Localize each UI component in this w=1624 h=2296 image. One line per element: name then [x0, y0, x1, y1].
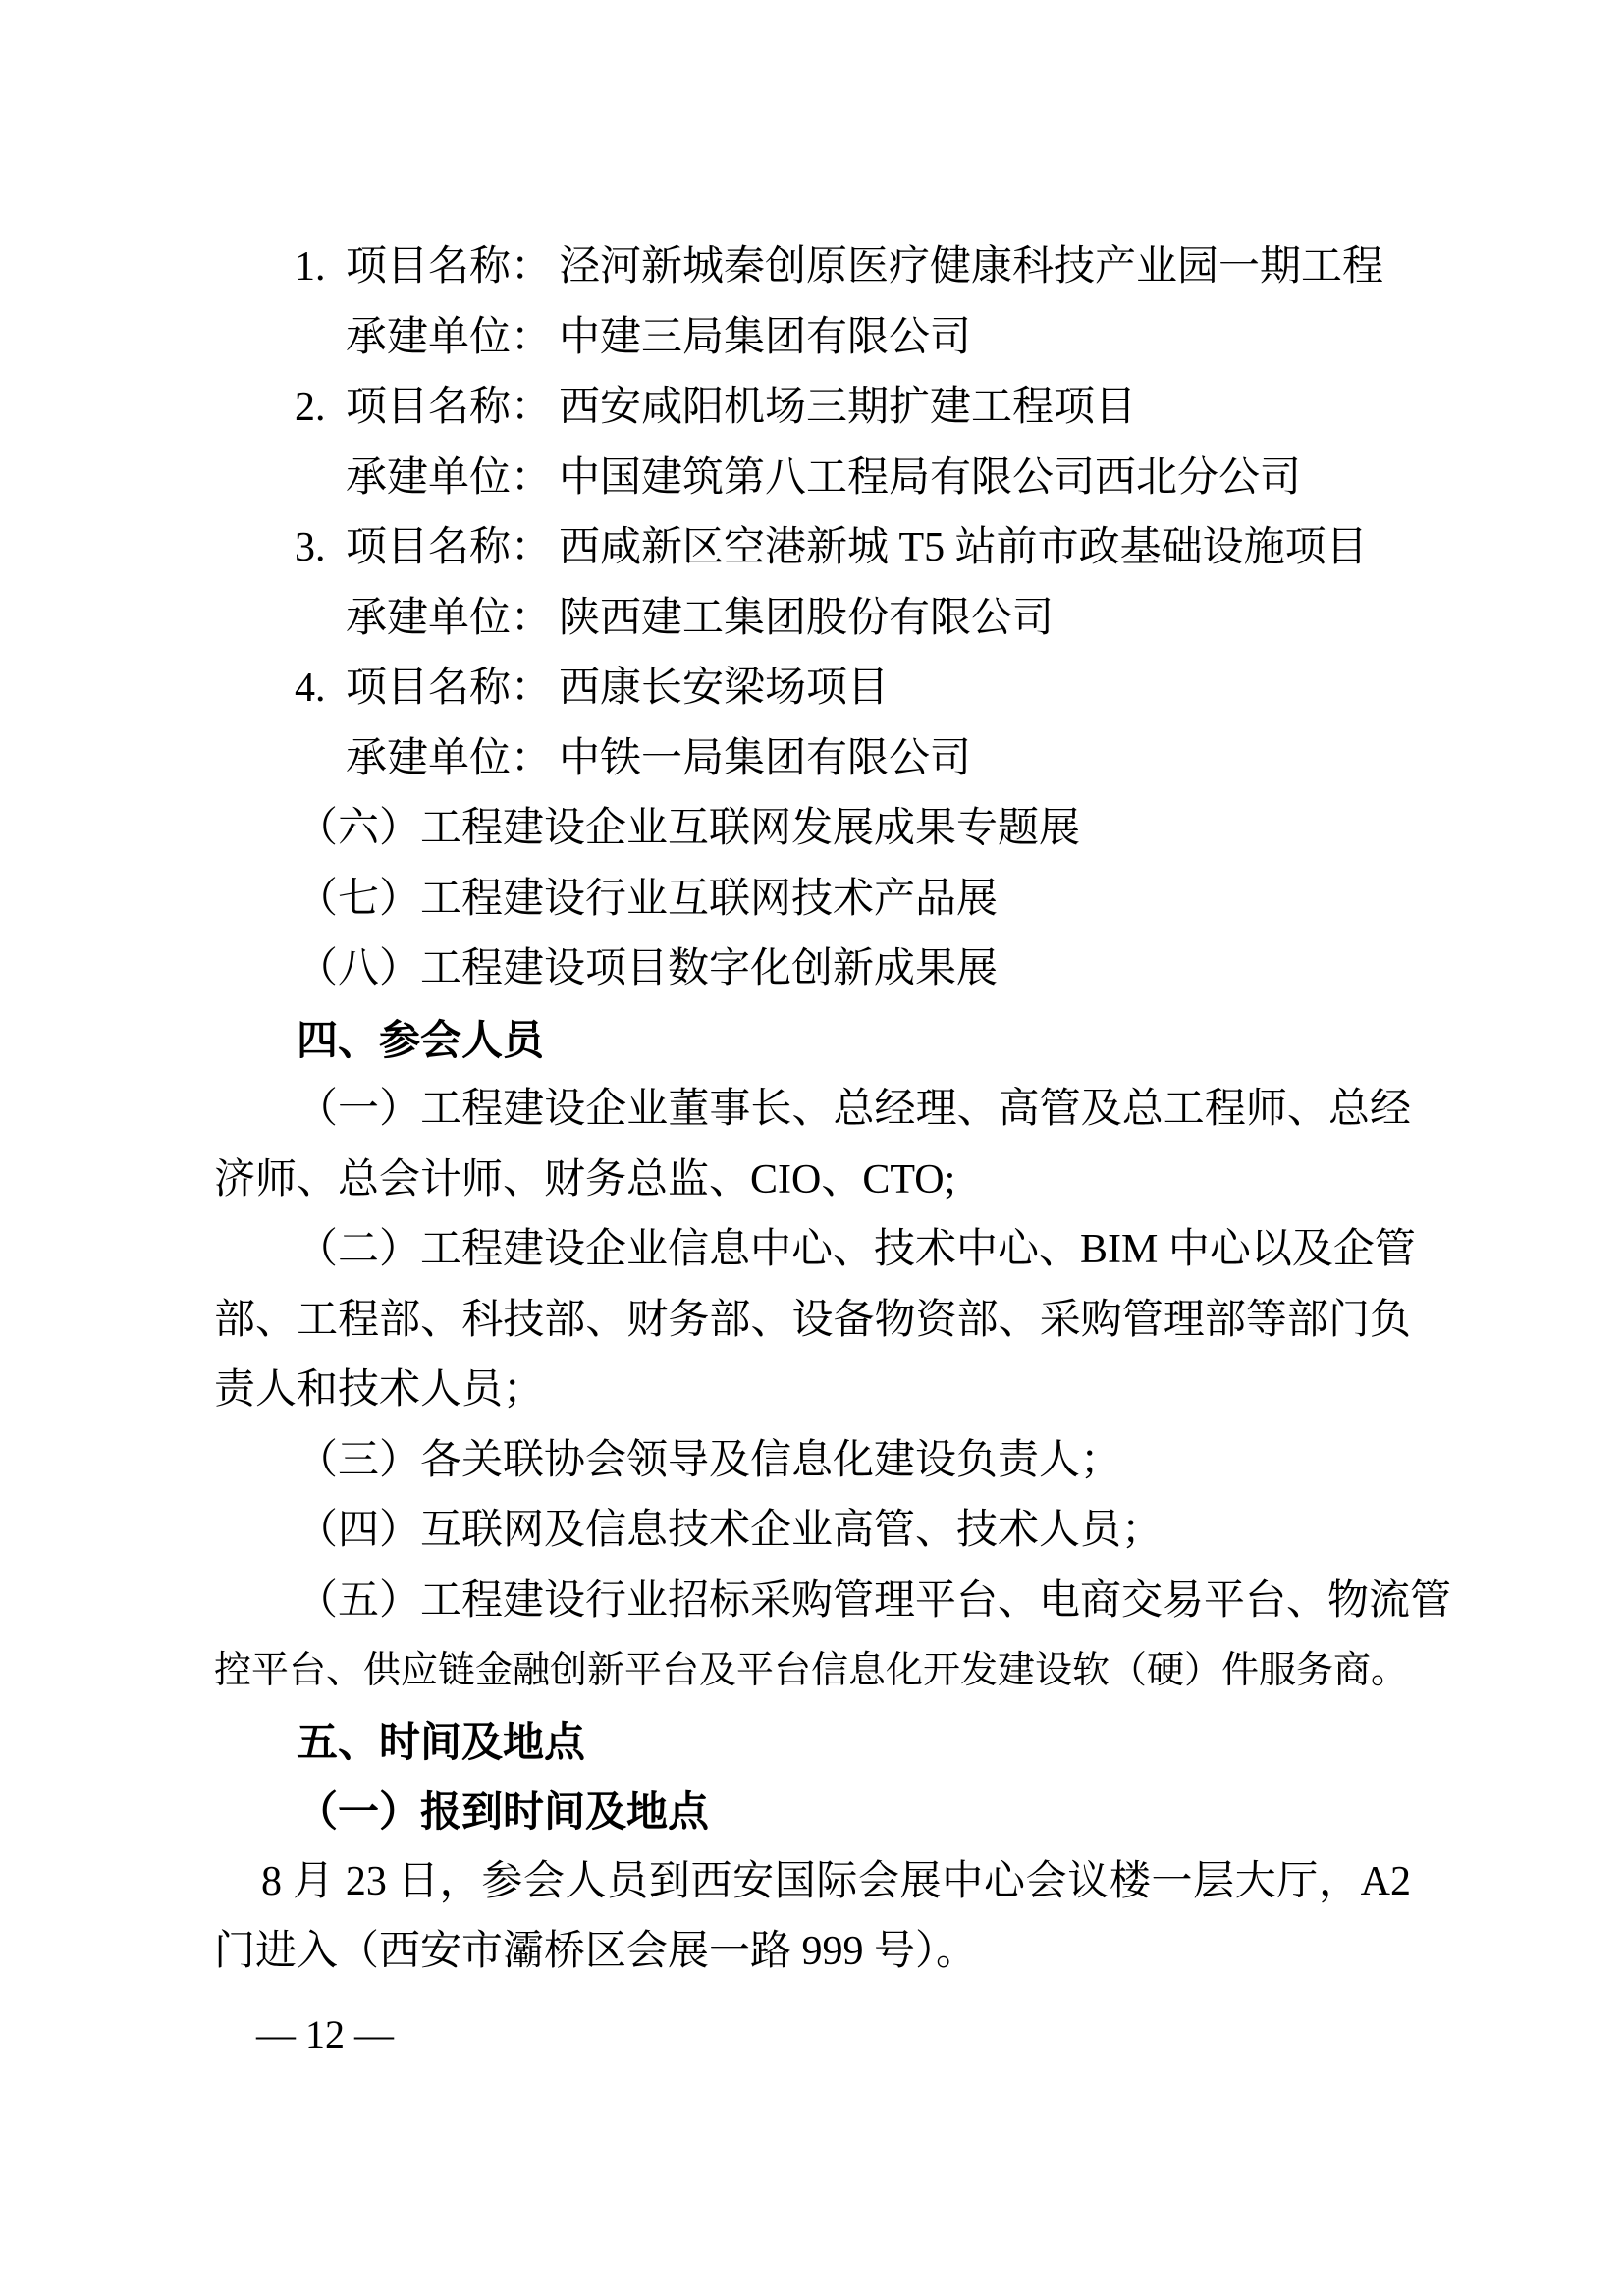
attendees-p3: （三）各关联协会领导及信息化建设负责人； [214, 1426, 1411, 1497]
attendees-p2-line2: 部、工程部、科技部、财务部、设备物资部、采购管理部等部门负 [214, 1286, 1411, 1357]
project-builder-label: 承建单位： [346, 736, 552, 781]
attendees-p1-line2: 济师、总会计师、财务总监、CIO、CTO; [214, 1146, 1411, 1216]
project-builder-label: 承建单位： [346, 455, 552, 501]
project-4-number: 4. [295, 654, 346, 724]
attendees-p5-line2: 控平台、供应链金融创新平台及平台信息化开发建设软（硬）件服务商。 [214, 1636, 1411, 1707]
project-1-number: 1. [295, 233, 346, 303]
project-name-label: 项目名称： [346, 385, 552, 430]
attendees-p4: （四）互联网及信息技术企业高管、技术人员； [214, 1496, 1411, 1567]
project-2-builder-line: 承建单位：中国建筑第八工程局有限公司西北分公司 [214, 444, 1411, 514]
attendees-p2-line3: 责人和技术人员； [214, 1356, 1411, 1426]
project-4-builder-line: 承建单位：中铁一局集团有限公司 [214, 724, 1411, 795]
section-5-sub1-heading: （一）报到时间及地点 [214, 1777, 1411, 1847]
project-3-builder: 陕西建工集团股份有限公司 [559, 596, 1054, 641]
attendees-p1-line1: （一）工程建设企业董事长、总经理、高管及总工程师、总经 [214, 1075, 1411, 1146]
project-1-name-line: 1.项目名称：泾河新城秦创原医疗健康科技产业园一期工程 [214, 233, 1411, 303]
project-1-builder: 中建三局集团有限公司 [559, 315, 971, 360]
time-p1-line2: 门进入（西安市灞桥区会展一路 999 号）。 [214, 1917, 1411, 1988]
time-p1-line1: 8 月 23 日，参会人员到西安国际会展中心会议楼一层大厅，A2 [214, 1847, 1411, 1918]
project-name-label: 项目名称： [346, 666, 552, 711]
project-4-name-line: 4.项目名称：西康长安梁场项目 [214, 654, 1411, 724]
project-name-label: 项目名称： [346, 525, 552, 570]
exhibition-item-7: （七）工程建设行业互联网技术产品展 [214, 865, 1411, 935]
project-2-name-line: 2.项目名称：西安咸阳机场三期扩建工程项目 [214, 373, 1411, 444]
project-builder-label: 承建单位： [346, 315, 552, 360]
document-body: 1.项目名称：泾河新城秦创原医疗健康科技产业园一期工程 承建单位：中建三局集团有… [214, 233, 1411, 1988]
attendees-p5-line1: （五）工程建设行业招标采购管理平台、电商交易平台、物流管 [214, 1567, 1411, 1637]
page-number: — 12 — [256, 2012, 394, 2057]
project-3-name-line: 3.项目名称：西咸新区空港新城 T5 站前市政基础设施项目 [214, 513, 1411, 584]
project-2-name: 西安咸阳机场三期扩建工程项目 [559, 385, 1136, 430]
project-4-builder: 中铁一局集团有限公司 [559, 736, 971, 781]
project-1-builder-line: 承建单位：中建三局集团有限公司 [214, 303, 1411, 374]
project-name-label: 项目名称： [346, 244, 552, 290]
project-builder-label: 承建单位： [346, 596, 552, 641]
project-4-name: 西康长安梁场项目 [559, 666, 889, 711]
attendees-p2-line1: （二）工程建设企业信息中心、技术中心、BIM 中心以及企管 [214, 1215, 1411, 1286]
project-3-name: 西咸新区空港新城 T5 站前市政基础设施项目 [559, 525, 1368, 570]
section-5-heading: 五、时间及地点 [214, 1707, 1411, 1778]
project-3-number: 3. [295, 513, 346, 584]
project-2-builder: 中国建筑第八工程局有限公司西北分公司 [559, 455, 1301, 501]
exhibition-item-8: （八）工程建设项目数字化创新成果展 [214, 934, 1411, 1005]
section-4-heading: 四、参会人员 [214, 1005, 1411, 1076]
project-1-name: 泾河新城秦创原医疗健康科技产业园一期工程 [559, 244, 1383, 290]
project-2-number: 2. [295, 373, 346, 444]
document-page: 1.项目名称：泾河新城秦创原医疗健康科技产业园一期工程 承建单位：中建三局集团有… [0, 0, 1624, 2296]
project-3-builder-line: 承建单位：陕西建工集团股份有限公司 [214, 584, 1411, 655]
exhibition-item-6: （六）工程建设企业互联网发展成果专题展 [214, 794, 1411, 865]
